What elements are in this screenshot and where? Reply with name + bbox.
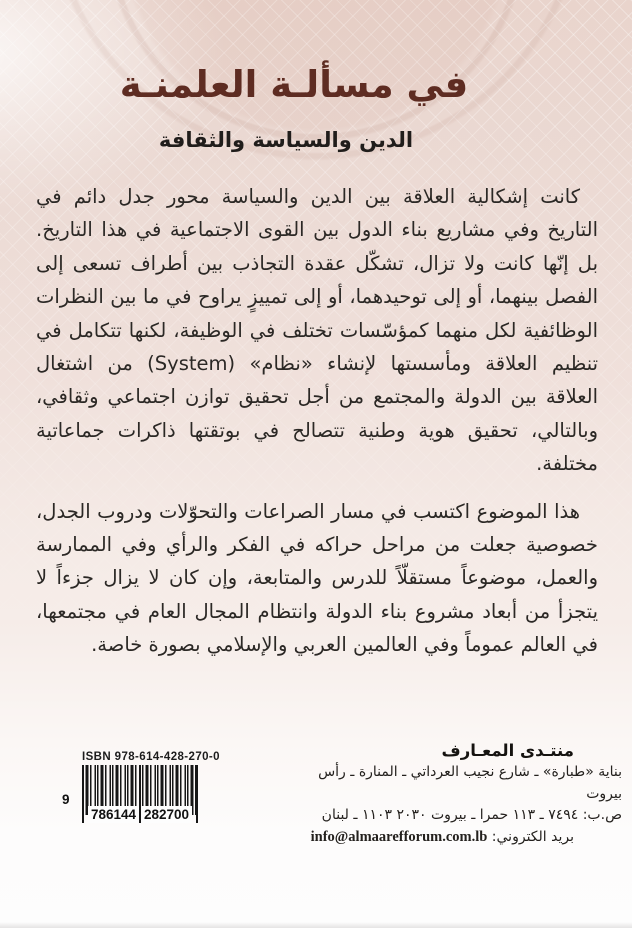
synopsis-paragraph-1: كانت إشكالية العلاقة بين الدين والسياسة … xyxy=(36,180,598,481)
synopsis-text: كانت إشكالية العلاقة بين الدين والسياسة … xyxy=(36,180,598,676)
book-back-cover: في مسألـة العلمنـة الدين والسياسة والثقا… xyxy=(0,0,632,928)
book-subtitle: الدين والسياسة والثقافة xyxy=(0,124,602,156)
ean-barcode-bars: 786144 282700 xyxy=(82,765,198,823)
publisher-address-line1: بناية «طبارة» ـ شارع نجيب العرداتي ـ الم… xyxy=(292,762,622,805)
email-address: info@almaarefforum.com.lb xyxy=(311,829,488,845)
publisher-name: منتـدى المعـارف xyxy=(292,740,574,762)
barcode-left-guard xyxy=(82,765,84,823)
synopsis-paragraph-2: هذا الموضوع اكتسب في مسار الصراعات والتح… xyxy=(36,495,598,662)
barcode-right-guard xyxy=(196,765,198,823)
publisher-address-line2: ص.ب: ٧٤٩٤ ـ ١١٣ حمرا ـ بيروت ٢٠٣٠ ١١٠٣ ـ… xyxy=(292,805,622,827)
publisher-block: منتـدى المعـارف بناية «طبارة» ـ شارع نجي… xyxy=(292,740,622,848)
book-title: في مسألـة العلمنـة xyxy=(0,58,610,112)
barcode-digits-group2: 282700 xyxy=(141,806,192,823)
isbn-barcode: ISBN 978-614-428-270-0 786144 282700 xyxy=(62,751,222,823)
barcode-digits-group1: 786144 xyxy=(88,806,139,823)
email-label: بريد الكتروني: xyxy=(492,829,574,845)
isbn-number-label: ISBN 978-614-428-270-0 xyxy=(82,751,222,763)
page-bottom-edge-shadow xyxy=(0,922,632,928)
barcode-center-guard xyxy=(139,765,141,823)
publisher-email-line: بريد الكتروني: info@almaarefforum.com.lb xyxy=(292,827,574,849)
barcode-lead-digit: 9 xyxy=(62,792,70,807)
